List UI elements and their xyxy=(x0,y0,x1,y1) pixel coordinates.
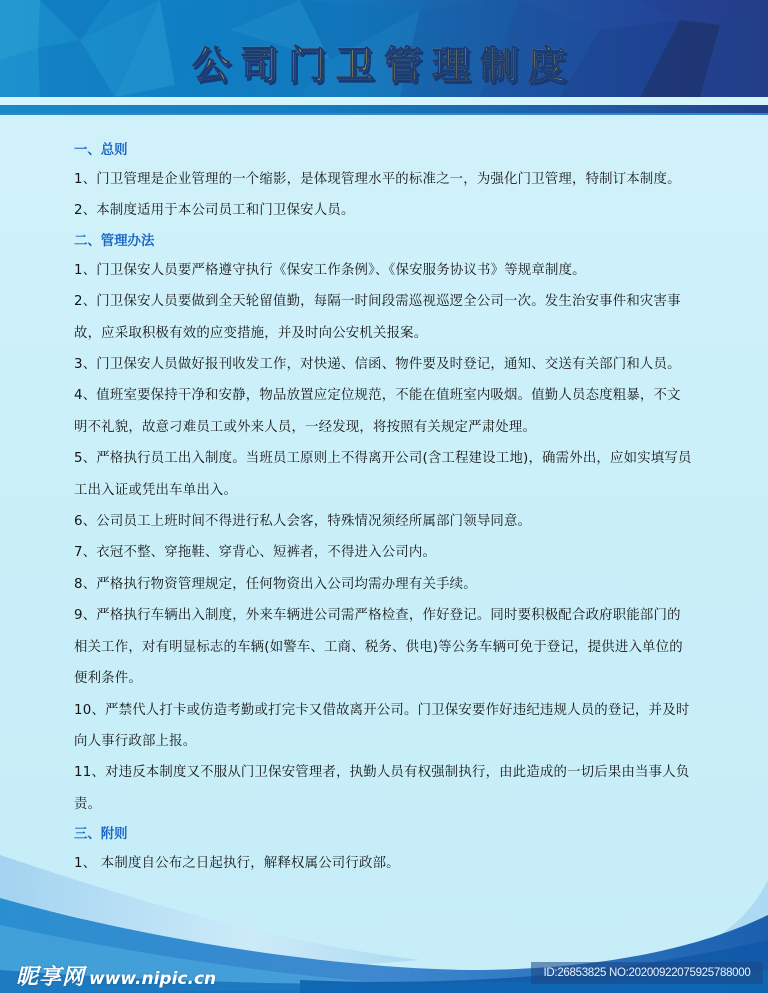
section-management-methods: 二、管理办法 1、门卫保安人员要严格遵守执行《保安工作条例》、《保安服务协议书》… xyxy=(74,229,694,820)
header-divider-light xyxy=(0,97,768,105)
page-title: 公司门卫管理制度 xyxy=(0,34,768,89)
paragraph: 3、门卫保安人员做好报刊收发工作，对快递、信函、物件要及时登记，通知、交送有关部… xyxy=(74,349,694,380)
paragraph: 1、门卫管理是企业管理的一个缩影，是体现管理水平的标准之一，为强化门卫管理，特制… xyxy=(74,164,694,195)
paragraph: 7、衣冠不整、穿拖鞋、穿背心、短裤者，不得进入公司内。 xyxy=(74,537,694,568)
document-body: 一、总则 1、门卫管理是企业管理的一个缩影，是体现管理水平的标准之一，为强化门卫… xyxy=(74,138,694,882)
header-divider-blue xyxy=(0,105,768,113)
section-general: 一、总则 1、门卫管理是企业管理的一个缩影，是体现管理水平的标准之一，为强化门卫… xyxy=(74,138,694,227)
paragraph: 9、严格执行车辆出入制度，外来车辆进公司需严格检查，作好登记。同时要积极配合政府… xyxy=(74,600,694,694)
header-banner: 公司门卫管理制度 xyxy=(0,0,768,97)
watermark-logo: 昵享网www.nipic.cn xyxy=(16,960,216,991)
paragraph: 4、值班室要保持干净和安静，物品放置应定位规范，不能在值班室内吸烟。值勤人员态度… xyxy=(74,380,694,443)
section-heading: 三、附则 xyxy=(74,822,694,848)
section-heading: 二、管理办法 xyxy=(74,229,694,255)
watermark-id: ID:26853825 NO:20200922075925788000 xyxy=(531,962,763,984)
section-heading: 一、总则 xyxy=(74,138,694,164)
paragraph: 1、 本制度自公布之日起执行，解释权属公司行政部。 xyxy=(74,848,694,879)
watermark-logo-text: 昵享网 xyxy=(16,965,85,990)
paragraph: 8、严格执行物资管理规定，任何物资出入公司均需办理有关手续。 xyxy=(74,569,694,600)
paragraph: 2、本制度适用于本公司员工和门卫保安人员。 xyxy=(74,195,694,226)
watermark-url: www.nipic.cn xyxy=(89,969,216,989)
paragraph: 5、严格执行员工出入制度。当班员工原则上不得离开公司(含工程建设工地)，确需外出… xyxy=(74,443,694,506)
paragraph: 11、对违反本制度又不服从门卫保安管理者，执勤人员有权强制执行，由此造成的一切后… xyxy=(74,757,694,820)
paragraph: 1、门卫保安人员要严格遵守执行《保安工作条例》、《保安服务协议书》等规章制度。 xyxy=(74,255,694,286)
section-supplementary: 三、附则 1、 本制度自公布之日起执行，解释权属公司行政部。 xyxy=(74,822,694,879)
paragraph: 10、严禁代人打卡或仿造考勤或打完卡又借故离开公司。门卫保安要作好违纪违规人员的… xyxy=(74,695,694,758)
header-divider-line xyxy=(0,113,768,115)
paragraph: 6、公司员工上班时间不得进行私人会客，特殊情况须经所属部门领导同意。 xyxy=(74,506,694,537)
paragraph: 2、门卫保安人员要做到全天轮留值勤，每隔一时间段需巡视巡逻全公司一次。发生治安事… xyxy=(74,286,694,349)
